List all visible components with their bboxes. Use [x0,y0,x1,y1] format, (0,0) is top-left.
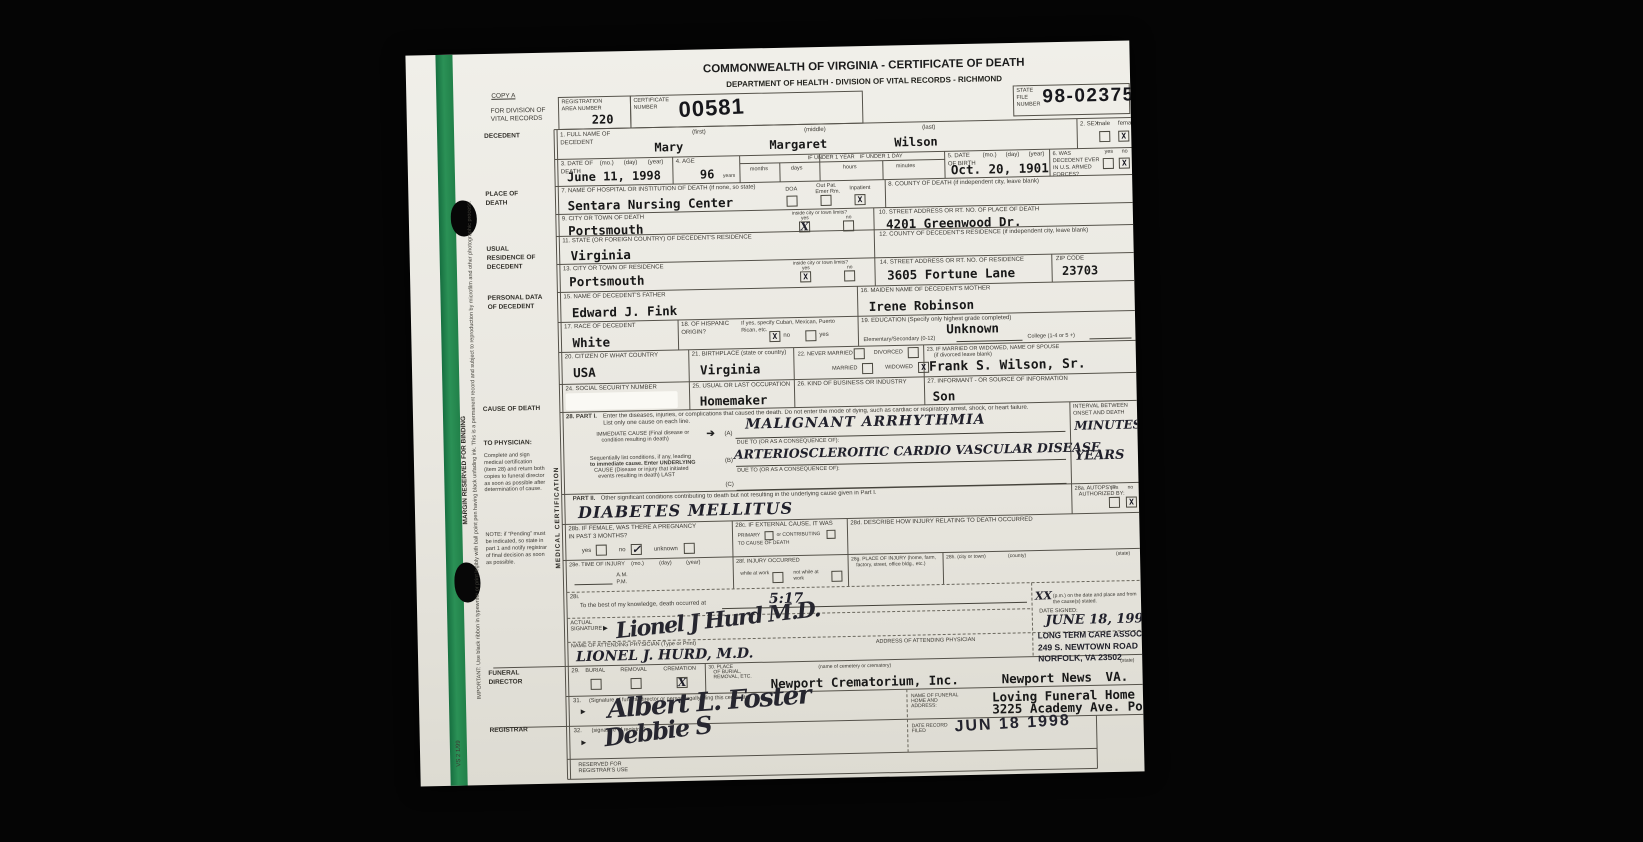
f28c-primary-label: PRIMARY [737,532,760,539]
pregnancy-yes-checkbox [596,545,607,556]
copy-for-label: FOR DIVISION OF VITAL RECORDS [491,107,553,125]
f28i-label: 28i. [570,594,580,602]
f22-widowed-label: WIDOWED [885,364,913,371]
reg-area-label: REGISTRATION AREA NUMBER [561,98,611,113]
not-at-work-checkbox [831,571,842,582]
f25-value: Homemaker [700,392,768,408]
physician-address-stamp-line1: LONG TERM CARE ASSOCIATES [1038,628,1145,641]
f1-hint-middle: (middle) [804,127,826,135]
cremation-label: CREMATION [663,666,696,674]
f17-label: 17. RACE OF DECEDENT [564,323,636,332]
hispanic-yes-checkbox [805,330,816,341]
f6-yes-label: yes [1105,149,1114,156]
section-personal-data: PERSONAL DATA OF DECEDENT [487,294,542,313]
f32-arrow-icon: ► [580,738,588,747]
doa-checkbox [786,195,797,206]
cert-number-stamp: 00581 [678,93,746,123]
armed-forces-yes-checkbox [1103,158,1114,169]
autopsy-yes-label: yes [1111,485,1119,491]
scan-background: MARGIN RESERVED FOR BINDING IMPORTANT: U… [0,0,1643,842]
date-filed-label2: FILED [912,728,926,735]
physician-address-stamp-line3: NORFOLK, VA 23502 [1038,652,1122,664]
reg-area-value: 220 [592,112,614,126]
f13-value: Portsmouth [569,273,645,290]
divorced-checkbox [908,347,919,358]
f28e-hint-mo: (mo.) [631,561,644,568]
f28i-xx-mark: XX [1035,589,1052,602]
f2-label: 2. SEX [1080,121,1099,129]
cert-number-label: CERTIFICATE NUMBER [633,97,673,112]
hispanic-no-label: no [783,333,790,341]
f19-college-label: College (1-4 or 5 +) [1027,333,1075,341]
f11-value: Virginia [570,247,631,263]
actual-signature-label2: SIGNATURE [570,626,602,634]
f28h-state-label: (state) [1116,551,1130,558]
f5-hint-mo: (mo.) [983,152,997,160]
line-a-label: (A) [724,431,732,439]
f15-value: Edward J. Fink [572,303,678,320]
inpatient-label: Inpatient [849,185,870,192]
f27-value: Son [933,388,956,403]
f1-middle-value: Margaret [769,137,827,152]
death-limits-yes-checkbox: X [799,221,810,232]
hispanic-no-checkbox: X [769,331,780,342]
f14-value: 3605 Fortune Lane [887,265,1015,283]
section-decedent: DECEDENT [484,132,520,142]
minutes-label: minutes [896,163,915,170]
f28c-to-label: TO CAUSE OF DEATH [738,540,790,547]
f31-arrow-icon: ► [579,707,587,716]
part1-label: 28. PART I. [566,414,597,422]
funeral-home-label3: ADDRESS: [911,703,937,710]
f1-hint-last: (last) [922,125,935,133]
pregnancy-no-checkbox: ✓ [631,544,642,555]
f28h-city-label: 28h. (city or town) [946,554,986,561]
f6-no-label: no [1122,149,1128,156]
external-primary-checkbox [764,531,773,540]
immediate-cause-label2: condition resulting in death) [601,436,668,444]
f2-female-label: female [1118,120,1136,128]
autopsy-no-label: no [1128,485,1134,491]
section-place-of-death: PLACE OF DEATH [485,190,535,209]
external-contributing-checkbox [826,530,835,539]
f31-label: 31. [573,698,581,706]
under-1-year-label: IF UNDER 1 YEAR [808,154,855,162]
line-c-label: (C) [725,482,733,490]
f6-label: 6. WAS DECEDENT EVER IN U.S. ARMED FORCE… [1053,150,1102,178]
f30-state-value: VA. [1105,669,1128,684]
state-file-number: 98-023759 [1042,84,1144,108]
doa-label: DOA [785,186,797,193]
signature-arrow-icon: ► [601,624,609,633]
f28e-hint-day: (day) [659,560,672,567]
pm-label: P.M. [616,579,627,586]
reserved-label2: REGISTRAR'S USE [578,767,628,775]
at-work-checkbox [772,572,783,583]
f30-label3: REMOVAL, ETC. [713,674,751,681]
date-signed-value: JUNE 18, 1998 [1045,611,1144,628]
f1-last-value: Wilson [894,135,938,150]
f28h-county-label: (county) [1008,553,1026,560]
to-physician-note: Complete and sign medical certification … [484,452,547,495]
f5-value: Oct. 20, 1901 [951,160,1049,177]
res-limits-yes-checkbox: X [800,271,811,282]
f5-hint-year: (year) [1029,151,1045,159]
widowed-checkbox: X [918,362,929,373]
f30-city-value: Newport News [1001,669,1092,686]
cause-arrow-icon: ➔ [706,428,715,439]
physician-address-stamp-line2: 249 S. NEWTOWN ROAD [1038,640,1138,652]
line-b-label: (B) [725,458,733,466]
married-checkbox [862,363,873,374]
not-at-work-label: not while at work [793,569,829,582]
f20-value: USA [573,365,596,380]
f4-label: 4. AGE [676,159,695,167]
f2-male-label: male [1097,121,1110,129]
interval-label: INTERVAL BETWEEN ONSET AND DEATH [1073,403,1128,418]
f5-hint-day: (day) [1006,152,1020,160]
removal-checkbox [631,678,642,689]
removal-label: REMOVAL [620,667,647,674]
f28e-hint-year: (year) [686,560,701,567]
pending-note: NOTE: if “Pending” must be indicated, so… [485,531,548,567]
f1-hint-first: (first) [692,129,706,137]
form-code: VS 2 1/99 [456,740,464,767]
section-usual-residence: USUAL RESIDENCE OF DECEDENT [486,245,542,272]
f22-married-label: MARRIED [832,365,858,372]
hours-label: hours [843,164,857,171]
f1-first-value: Mary [654,140,683,155]
hispanic-yes-label: yes [819,332,828,340]
pregnancy-no-label: no [619,547,626,555]
never-married-checkbox [854,348,865,359]
sex-female-checkbox: X [1118,131,1129,142]
section-registrar: REGISTRAR [490,726,528,736]
interval-a-value: MINUTES [1074,417,1141,432]
f28b-label: 28b. IF FEMALE, WAS THERE A PREGNANCY IN… [568,524,698,542]
under-1-day-label: IF UNDER 1 DAY [860,153,903,161]
months-label: months [750,166,768,173]
f4-value: 96 [700,167,715,181]
copy-label: COPY A [491,92,515,101]
f9-value: Portsmouth [568,222,644,239]
f30-state-hint: (state) [1120,658,1134,665]
zip-label: ZIP CODE [1056,255,1084,263]
pregnancy-unknown-checkbox [684,543,695,554]
section-to-physician: TO PHYSICIAN: [483,439,531,449]
f17-value: White [572,334,610,350]
section-funeral-director: FUNERAL DIRECTOR [488,669,538,688]
death-certificate-document: MARGIN RESERVED FOR BINDING IMPORTANT: U… [405,40,1144,786]
pregnancy-unknown-label: unknown [654,546,678,554]
er-checkbox [820,195,831,206]
inpatient-checkbox: X [854,194,865,205]
f22-divorced-label: DIVORCED [874,349,903,356]
f32-label: 32. [574,728,582,736]
f19-value: Unknown [946,320,999,336]
f3-value: June 11, 1998 [567,168,661,184]
at-work-label: while at work [740,570,770,577]
sex-male-checkbox [1099,131,1110,142]
f18-label: 18. OF HISPANIC ORIGIN? [681,321,741,337]
section-cause-of-death: CAUSE OF DEATH [483,405,553,415]
f29-label: 29. [571,668,579,676]
burial-checkbox [591,679,602,690]
f28e-label: 28e. TIME OF INJURY [569,561,625,569]
f28f-label: 28f. INJURY OCCURRED [736,558,800,566]
days-label: days [791,165,803,172]
f3-hint-day: (day) [624,160,638,168]
ssn-redaction [566,391,678,410]
res-limits-no-checkbox [844,270,855,281]
f21-value: Virginia [700,361,761,377]
burial-label: BURIAL [585,668,605,675]
f1-label: 1. FULL NAME OF DECEDENT [560,131,620,147]
f16-value: Irene Robinson [869,297,975,314]
f4-years-hint: years [723,173,735,180]
autopsy-no-checkbox: X [1126,496,1137,507]
pregnancy-yes-label: yes [582,548,591,556]
autopsy-yes-checkbox [1109,497,1120,508]
f28c-contributing-label: or CONTRIBUTING [776,531,820,538]
death-limits-no-checkbox [843,220,854,231]
f3-hint-year: (year) [648,159,664,167]
f3-hint-mo: (mo.) [600,160,614,168]
f28i-pm-text: (p.m.) on the date and place and from th… [1053,591,1141,605]
armed-forces-no-checkbox: X [1119,158,1130,169]
f22-never-married-label: 22. NEVER MARRIED [798,350,853,358]
cremation-checkbox: X [676,677,687,688]
zip-value: 23703 [1062,263,1098,278]
